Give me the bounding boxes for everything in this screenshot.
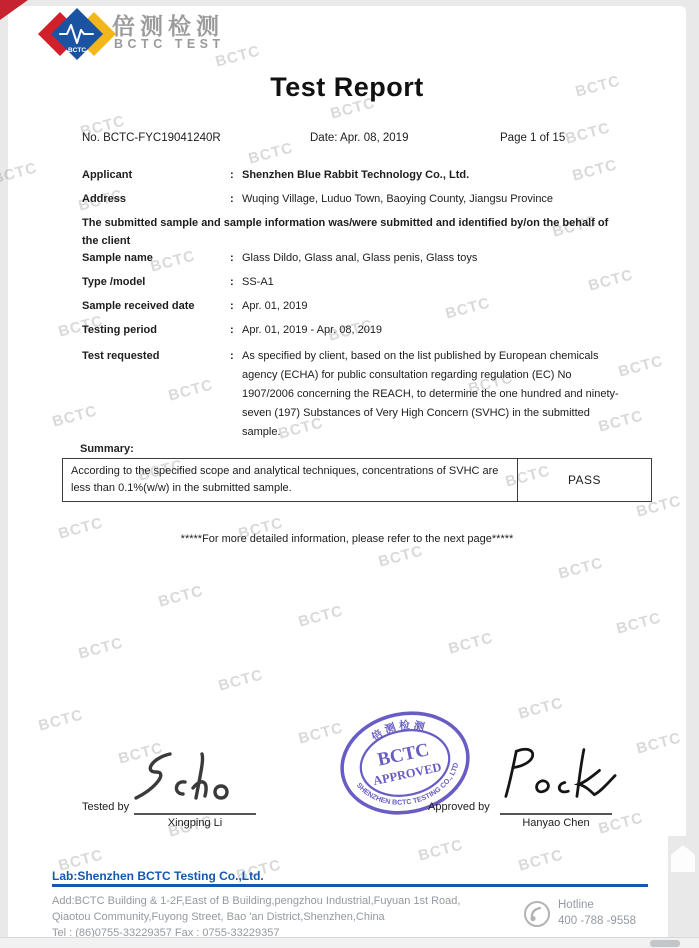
summary-statement: According to the specified scope and ana… (63, 459, 517, 501)
field-colon: : (230, 347, 242, 442)
field-label: Test requested (82, 347, 230, 442)
field-colon: : (230, 299, 242, 314)
report-date: Date: Apr. 08, 2019 (310, 132, 408, 144)
field-row-type-model: Type /model : SS-A1 (82, 275, 622, 290)
field-value: SS-A1 (242, 275, 622, 290)
field-label: Sample received date (82, 299, 230, 314)
footer-address-line1: Add:BCTC Building & 1-2F,East of B Build… (52, 895, 460, 907)
field-row-testing-period: Testing period : Apr. 01, 2019 - Apr. 08… (82, 323, 622, 338)
field-label: Address (82, 192, 230, 207)
document-page: BCTCBCTCBCTCBCTCBCTCBCTCBCTCBCTCBCTCBCTC… (0, 0, 699, 948)
summary-label: Summary: (80, 443, 134, 455)
logo-latin-text: BCTC TEST (114, 37, 225, 51)
phone-icon (524, 901, 550, 927)
field-row-sample-name: Sample name : Glass Dildo, Glass anal, G… (82, 251, 622, 266)
field-label: Applicant (82, 168, 230, 183)
hotline-label: Hotline (558, 899, 594, 911)
footer-address-line2: Qiaotou Community,Fuyong Street, Bao 'an… (52, 911, 385, 923)
field-value: Apr. 01, 2019 (242, 299, 622, 314)
tested-by-signature (122, 746, 267, 810)
approved-by-name: Hanyao Chen (500, 817, 612, 829)
summary-table: According to the specified scope and ana… (62, 458, 652, 502)
tested-by-name: Xingping Li (134, 817, 256, 829)
field-row-test-requested: Test requested : As specified by client,… (82, 347, 622, 442)
scrollbar-thumb[interactable] (650, 940, 680, 947)
more-info-note: *****For more detailed information, plea… (8, 533, 686, 545)
horizontal-scrollbar[interactable] (0, 937, 699, 948)
field-colon: : (230, 168, 242, 183)
field-row-address: Address : Wuqing Village, Luduo Town, Ba… (82, 192, 622, 207)
field-colon: : (230, 192, 242, 207)
footer-lab-name: Lab:Shenzhen BCTC Testing Co.,Ltd. (52, 869, 264, 883)
field-value: Glass Dildo, Glass anal, Glass penis, Gl… (242, 251, 622, 266)
field-colon: : (230, 323, 242, 338)
approved-by-signature-line (500, 813, 612, 815)
hotline-number: 400 -788 -9558 (558, 915, 636, 927)
field-row-applicant: Applicant : Shenzhen Blue Rabbit Technol… (82, 168, 622, 183)
report-number: No. BCTC-FYC19041240R (82, 132, 221, 144)
field-value: As specified by client, based on the lis… (242, 347, 619, 442)
corner-fold-decoration (0, 0, 28, 20)
page-title: Test Report (8, 72, 686, 103)
field-colon: : (230, 275, 242, 290)
field-row-sample-received: Sample received date : Apr. 01, 2019 (82, 299, 622, 314)
tested-by-signature-line (134, 813, 256, 815)
field-label: Testing period (82, 323, 230, 338)
field-value: Apr. 01, 2019 - Apr. 08, 2019 (242, 323, 622, 338)
tested-by-label: Tested by (82, 801, 129, 813)
approved-by-signature (492, 736, 622, 810)
field-colon: : (230, 251, 242, 266)
field-label: Sample name (82, 251, 230, 266)
field-label: Type /model (82, 275, 230, 290)
approved-by-label: Approved by (428, 801, 490, 813)
field-value: Shenzhen Blue Rabbit Technology Co., Ltd… (242, 168, 622, 183)
page-indicator: Page 1 of 15 (500, 132, 565, 144)
footer-divider-line (52, 884, 648, 887)
logo-mark-text: BCTC (68, 47, 86, 54)
client-submission-note: The submitted sample and sample informat… (82, 215, 619, 250)
summary-result-pass: PASS (517, 459, 651, 501)
field-value: Wuqing Village, Luduo Town, Baoying Coun… (242, 192, 622, 207)
